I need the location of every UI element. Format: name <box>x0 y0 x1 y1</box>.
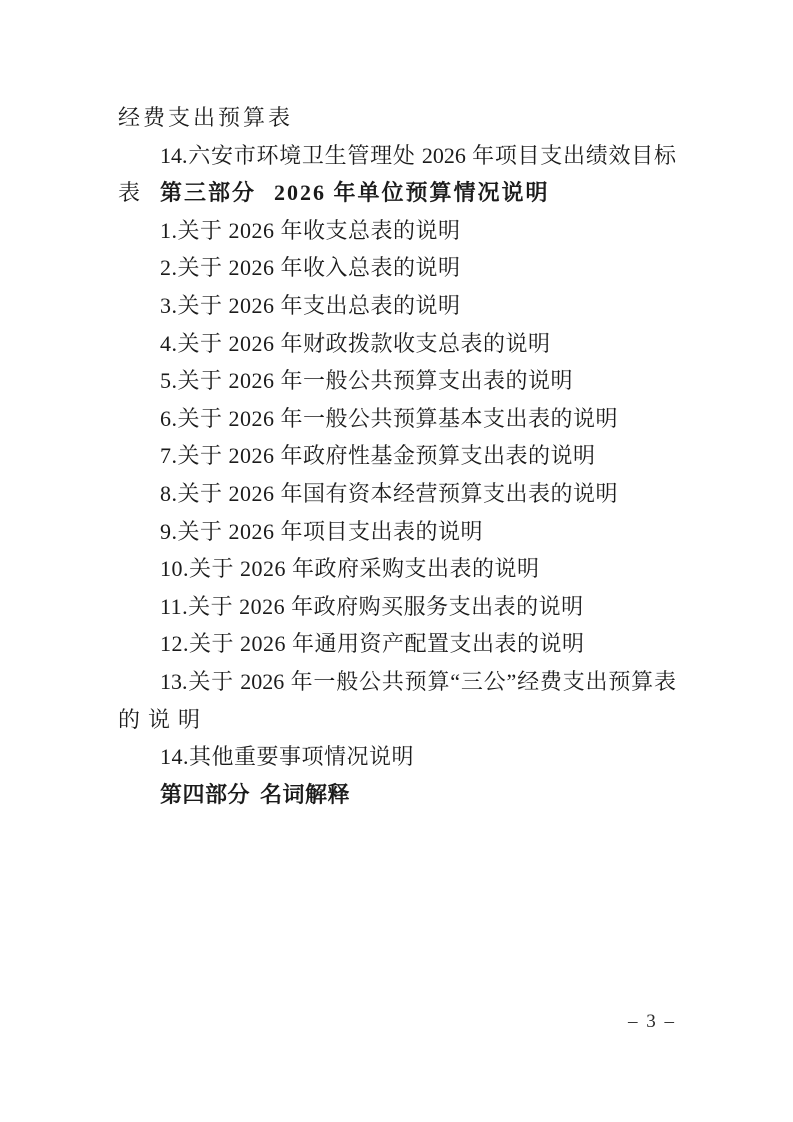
toc-note-item-2: 2.关于 2026 年收入总表的说明 <box>118 249 676 287</box>
section-3-heading: 第三部分2026 年单位预算情况说明 <box>118 174 676 212</box>
toc-appendix-item-14: 14.六安市环境卫生管理处 2026 年项目支出绩效目标表 <box>118 137 676 175</box>
section-4-part-label: 第四部分 <box>160 782 250 807</box>
toc-note-item-13: 13.关于 2026 年一般公共预算“三公”经费支出预算表 <box>118 663 676 701</box>
toc-note-item-14: 14.其他重要事项情况说明 <box>118 738 676 776</box>
toc-note-item-5: 5.关于 2026 年一般公共预算支出表的说明 <box>118 362 676 400</box>
toc-note-item-8: 8.关于 2026 年国有资本经营预算支出表的说明 <box>118 475 676 513</box>
toc-page-body: 经费支出预算表 14.六安市环境卫生管理处 2026 年项目支出绩效目标表 第三… <box>118 99 676 813</box>
section-3-title: 2026 年单位预算情况说明 <box>274 180 550 205</box>
toc-note-item-3: 3.关于 2026 年支出总表的说明 <box>118 287 676 325</box>
section-3-part-label: 第三部分 <box>160 180 256 205</box>
toc-note-item-9: 9.关于 2026 年项目支出表的说明 <box>118 513 676 551</box>
section-4-heading: 第四部分名词解释 <box>118 776 676 814</box>
page-number: – 3 – <box>118 1007 676 1037</box>
toc-continuation-line: 经费支出预算表 <box>118 99 676 137</box>
toc-note-item-11: 11.关于 2026 年政府购买服务支出表的说明 <box>118 588 676 626</box>
toc-note-item-13-wrap: 的说明 <box>118 701 676 739</box>
toc-note-item-10: 10.关于 2026 年政府采购支出表的说明 <box>118 550 676 588</box>
toc-note-item-6: 6.关于 2026 年一般公共预算基本支出表的说明 <box>118 400 676 438</box>
section-4-title: 名词解释 <box>260 782 350 807</box>
toc-note-item-4: 4.关于 2026 年财政拨款收支总表的说明 <box>118 325 676 363</box>
toc-note-item-7: 7.关于 2026 年政府性基金预算支出表的说明 <box>118 437 676 475</box>
toc-note-item-12: 12.关于 2026 年通用资产配置支出表的说明 <box>118 625 676 663</box>
toc-note-item-1: 1.关于 2026 年收支总表的说明 <box>118 212 676 250</box>
